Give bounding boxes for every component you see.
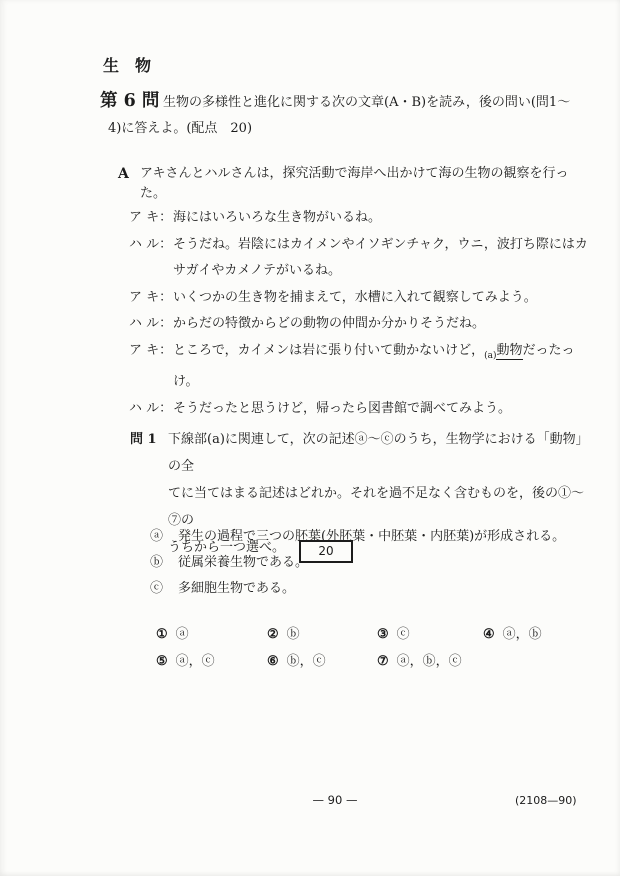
option-item: ⑤ⓐ，ⓒ bbox=[156, 648, 267, 675]
option-number: ① bbox=[156, 627, 168, 642]
speaker-name: ハ ル： bbox=[129, 232, 173, 285]
option-item: ⑥ⓑ，ⓒ bbox=[267, 648, 377, 675]
speech-line: け。 bbox=[173, 369, 594, 396]
speaker-name: ア キ： bbox=[129, 205, 173, 232]
section-a-label: A bbox=[118, 164, 140, 204]
speaker-name: ハ ル： bbox=[129, 396, 173, 423]
footer-print-code: (2108—90) bbox=[515, 794, 577, 808]
options-grid: ①ⓐ ②ⓑ ③ⓒ ④ⓐ，ⓑ ⑤ⓐ，ⓒ ⑥ⓑ，ⓒ ⑦ⓐ，ⓑ，ⓒ bbox=[156, 621, 542, 675]
underline-ref-label-a: (a) bbox=[484, 351, 496, 361]
option-item: ①ⓐ bbox=[156, 621, 267, 648]
dialogue-row: ハ ル： からだの特徴からどの動物の仲間か分かりそうだね。 bbox=[129, 311, 594, 338]
speech-line: そうだね。岩陰にはカイメンやイソギンチャク，ウニ，波打ち際にはカ bbox=[173, 232, 594, 259]
speech-text: そうだったと思うけど，帰ったら図書館で調べてみよう。 bbox=[173, 396, 594, 423]
dialogue-block: ア キ： 海にはいろいろな生き物がいるね。 ハ ル： そうだね。岩陰にはカイメン… bbox=[129, 205, 594, 422]
option-item: ④ⓐ，ⓑ bbox=[483, 621, 542, 648]
dialogue-row: ハ ル： そうだったと思うけど，帰ったら図書館で調べてみよう。 bbox=[129, 396, 594, 423]
dialogue-row: ア キ： ところで，カイメンは岩に張り付いて動かないけど，(a)動物だったっ け… bbox=[129, 338, 594, 396]
speech-text: ところで，カイメンは岩に張り付いて動かないけど，(a)動物だったっ け。 bbox=[173, 338, 594, 396]
option-content: ⓒ bbox=[397, 627, 410, 642]
speaker-name: ハ ル： bbox=[129, 311, 173, 338]
speaker-name: ア キ： bbox=[129, 285, 173, 312]
statement-marker: ⓐ bbox=[150, 524, 178, 550]
speech-line-post: だったっ bbox=[523, 343, 575, 358]
option-content: ⓐ，ⓑ，ⓒ bbox=[397, 654, 462, 669]
question1-line-1: 下線部(a)に関連して，次の記述ⓐ～ⓒのうち，生物学における「動物」の全 bbox=[168, 426, 590, 480]
question-header: 第 6 問 生物の多様性と進化に関する次の文章(A・B)を読み，後の問い(問1～… bbox=[100, 88, 585, 142]
statement-row: ⓐ 発生の過程で三つの胚葉(外胚葉・中胚葉・内胚葉)が形成される。 bbox=[150, 524, 590, 550]
speech-line: サガイやカメノテがいるね。 bbox=[173, 258, 594, 285]
section-a: A アキさんとハルさんは，探究活動で海岸へ出かけて海の生物の観察を行った。 bbox=[118, 164, 588, 204]
option-number: ⑥ bbox=[267, 654, 279, 669]
option-content: ⓑ bbox=[287, 627, 300, 642]
option-content: ⓐ bbox=[176, 627, 189, 642]
dialogue-row: ハ ル： そうだね。岩陰にはカイメンやイソギンチャク，ウニ，波打ち際にはカ サガ… bbox=[129, 232, 594, 285]
statement-text: 多細胞生物である。 bbox=[178, 576, 590, 602]
option-number: ⑤ bbox=[156, 654, 168, 669]
option-number: ③ bbox=[377, 627, 389, 642]
option-content: ⓐ，ⓒ bbox=[176, 654, 215, 669]
option-item: ③ⓒ bbox=[377, 621, 483, 648]
speaker-name: ア キ： bbox=[129, 338, 173, 396]
speech-text: からだの特徴からどの動物の仲間か分かりそうだね。 bbox=[173, 311, 594, 338]
statement-marker: ⓒ bbox=[150, 576, 178, 602]
option-number: ⑦ bbox=[377, 654, 389, 669]
speech-line: ところで，カイメンは岩に張り付いて動かないけど，(a)動物だったっ bbox=[173, 338, 594, 370]
dialogue-row: ア キ： 海にはいろいろな生き物がいるね。 bbox=[129, 205, 594, 232]
section-a-intro: アキさんとハルさんは，探究活動で海岸へ出かけて海の生物の観察を行った。 bbox=[140, 164, 588, 204]
header-statement-line-2: 4)に答えよ。(配点 20) bbox=[108, 116, 585, 142]
statement-list: ⓐ 発生の過程で三つの胚葉(外胚葉・中胚葉・内胚葉)が形成される。 ⓑ 従属栄養… bbox=[150, 524, 590, 602]
statement-text: 発生の過程で三つの胚葉(外胚葉・中胚葉・内胚葉)が形成される。 bbox=[178, 524, 590, 550]
statement-marker: ⓑ bbox=[150, 550, 178, 576]
subject-title: 生 物 bbox=[103, 56, 151, 76]
option-content: ⓐ，ⓑ bbox=[503, 627, 542, 642]
option-item: ⑦ⓐ，ⓑ，ⓒ bbox=[377, 648, 483, 675]
question-number: 第 6 問 bbox=[100, 88, 163, 114]
speech-line-pre: ところで，カイメンは岩に張り付いて動かないけど， bbox=[173, 343, 484, 358]
statement-text: 従属栄養生物である。 bbox=[178, 550, 590, 576]
option-content: ⓑ，ⓒ bbox=[287, 654, 326, 669]
exam-page: 生 物 第 6 問 生物の多様性と進化に関する次の文章(A・B)を読み，後の問い… bbox=[0, 0, 620, 876]
speech-text: 海にはいろいろな生き物がいるね。 bbox=[173, 205, 594, 232]
option-item: ②ⓑ bbox=[267, 621, 377, 648]
underlined-term: 動物 bbox=[496, 343, 522, 360]
header-statement-line-1: 生物の多様性と進化に関する次の文章(A・B)を読み，後の問い(問1～ bbox=[163, 90, 570, 116]
dialogue-row: ア キ： いくつかの生き物を捕まえて，水槽に入れて観察してみよう。 bbox=[129, 285, 594, 312]
option-number: ② bbox=[267, 627, 279, 642]
option-number: ④ bbox=[483, 627, 495, 642]
speech-text: そうだね。岩陰にはカイメンやイソギンチャク，ウニ，波打ち際にはカ サガイやカメノ… bbox=[173, 232, 594, 285]
statement-row: ⓑ 従属栄養生物である。 bbox=[150, 550, 590, 576]
statement-row: ⓒ 多細胞生物である。 bbox=[150, 576, 590, 602]
speech-text: いくつかの生き物を捕まえて，水槽に入れて観察してみよう。 bbox=[173, 285, 594, 312]
